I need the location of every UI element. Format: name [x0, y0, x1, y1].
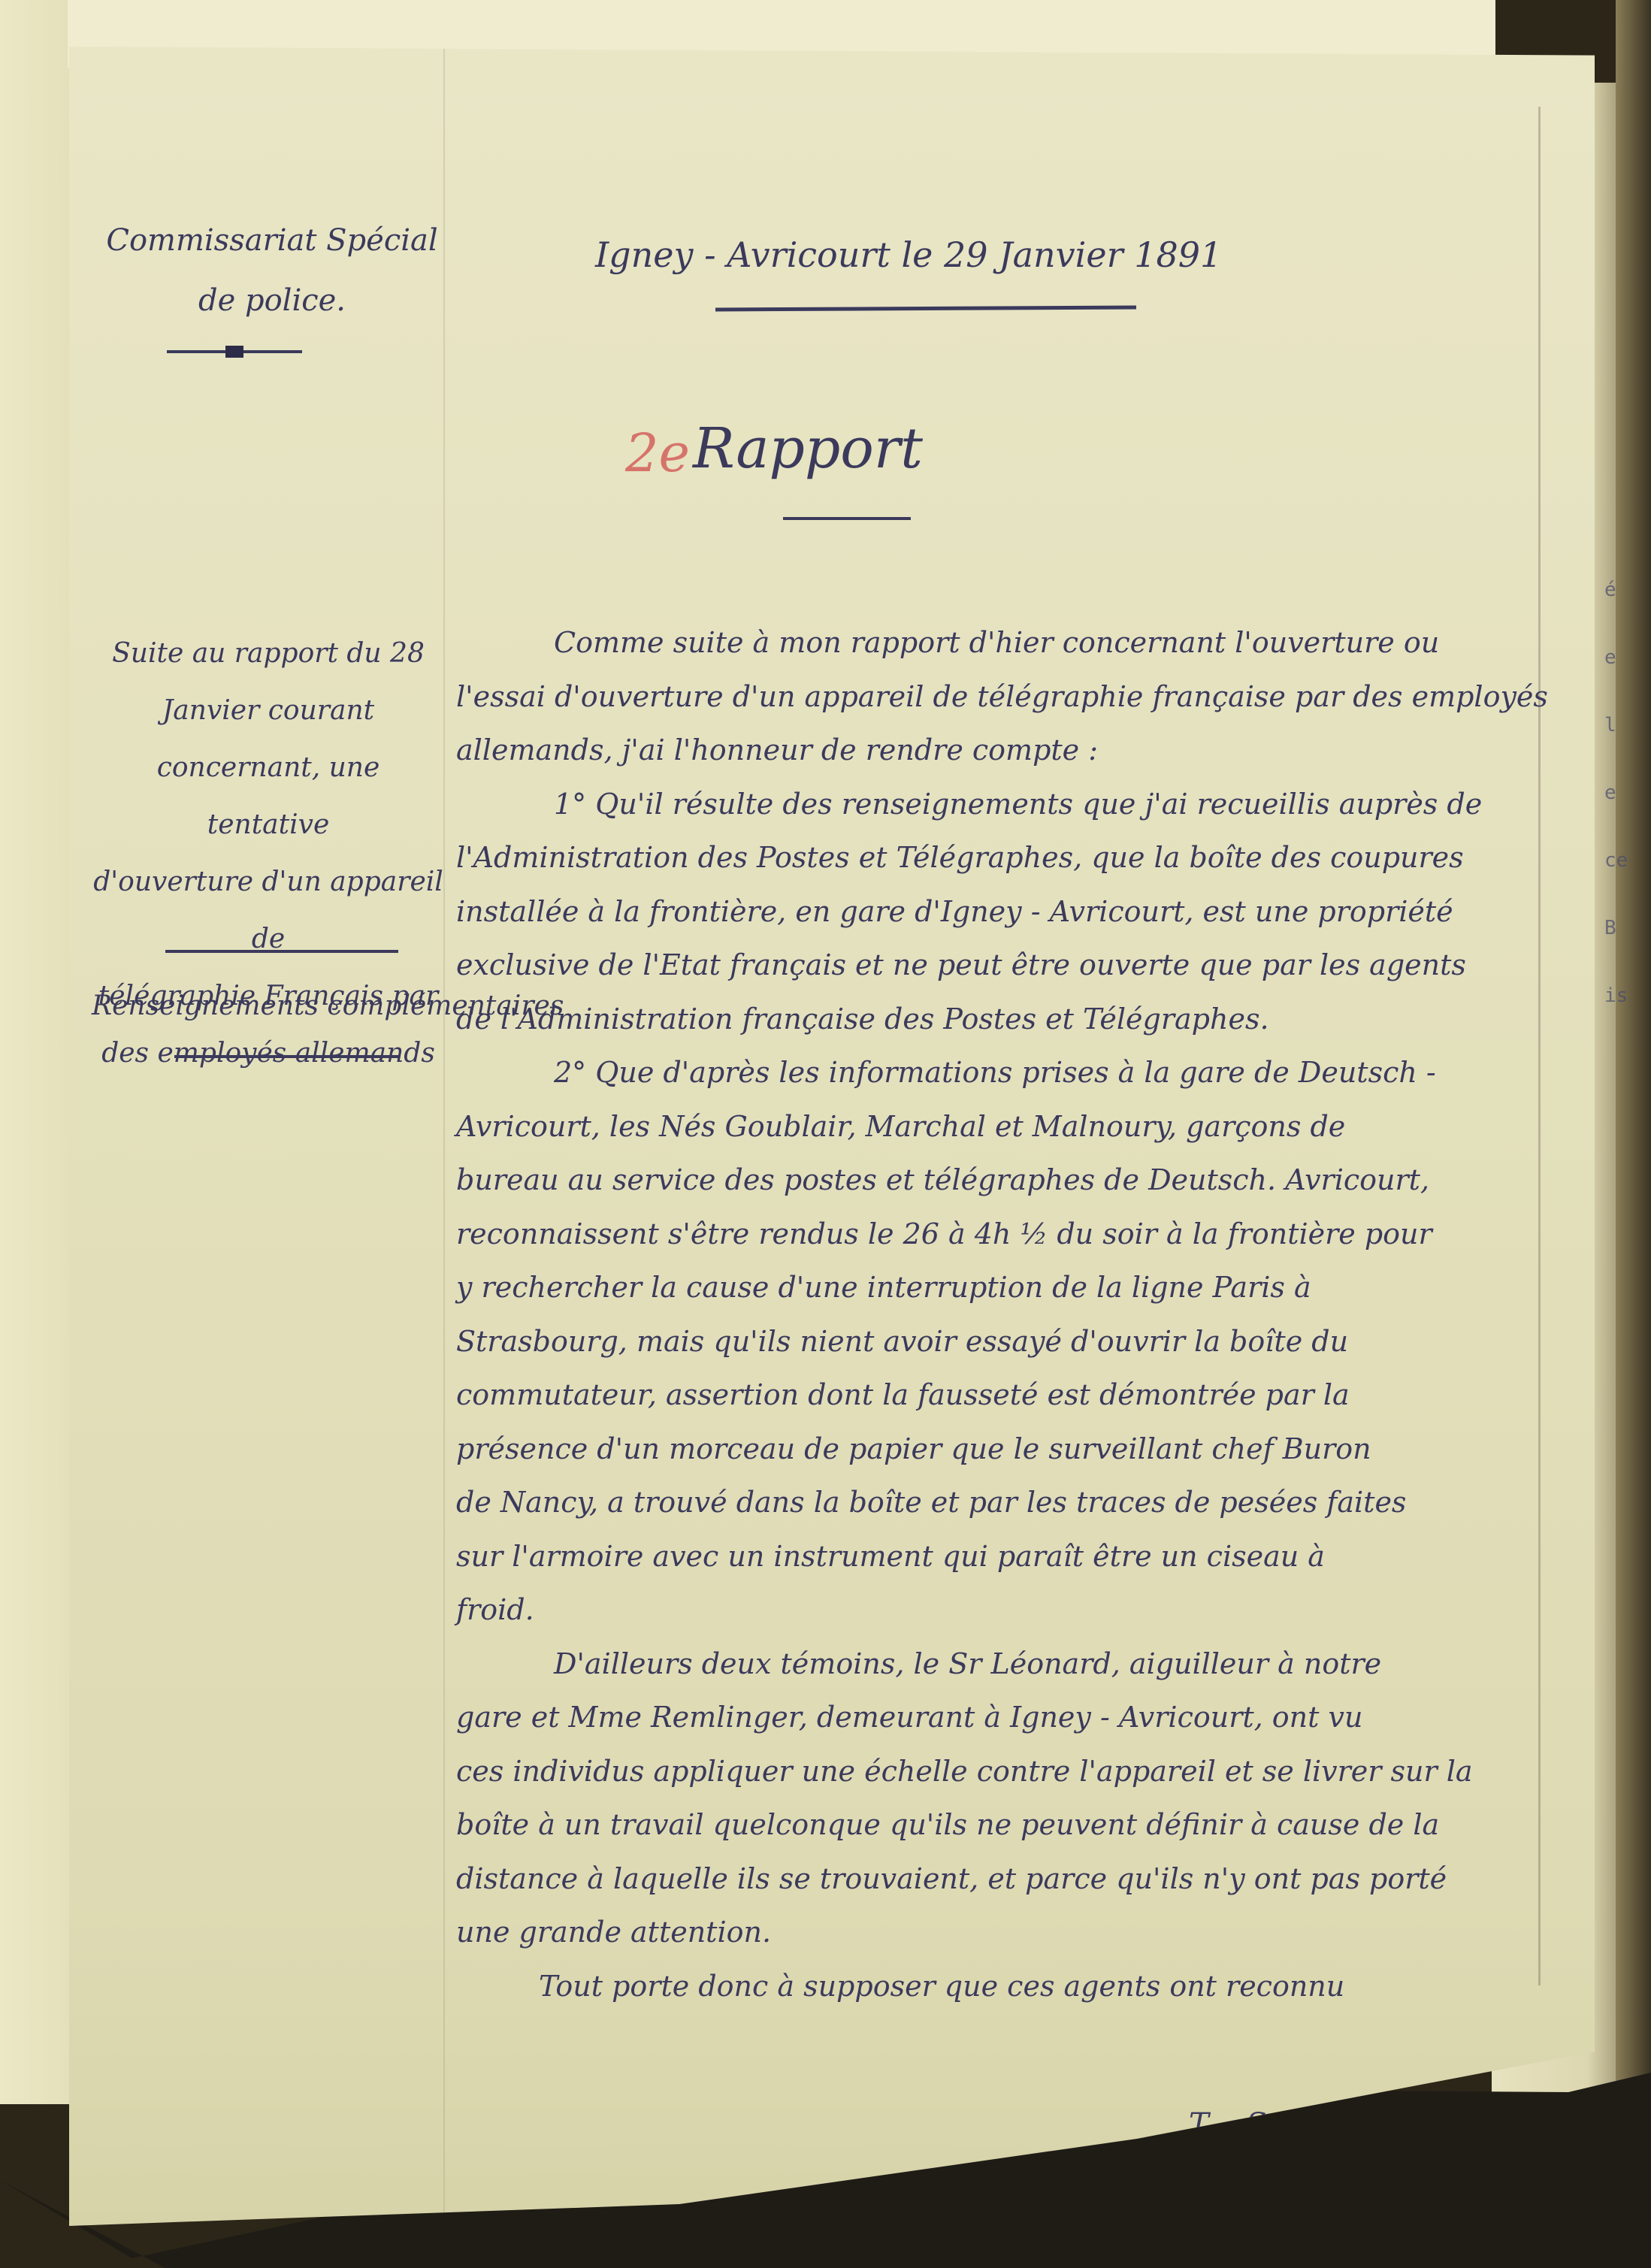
- summary-line: Janvier courant: [92, 682, 445, 739]
- body-line: ces individus appliquer une échelle cont…: [456, 1745, 1553, 1799]
- body-line: Comme suite à mon rapport d'hier concern…: [456, 616, 1553, 670]
- body-line: D'ailleurs deux témoins, le Sr Léonard, …: [456, 1637, 1553, 1692]
- title-underline: [783, 517, 911, 520]
- body-line: 2° Que d'après les informations prises à…: [456, 1046, 1553, 1100]
- body-line: de l'Administration française des Postes…: [456, 993, 1553, 1047]
- office-line-1: Commissariat Spécial: [92, 210, 452, 271]
- report-number-red: 2e: [625, 422, 690, 484]
- body-line: gare et Mme Remlinger, demeurant à Igney…: [456, 1691, 1553, 1745]
- body-line: allemands, j'ai l'honneur de rendre comp…: [456, 724, 1553, 778]
- body-line: exclusive de l'Etat français et ne peut …: [456, 939, 1553, 993]
- body-line: y rechercher la cause d'une interruption…: [456, 1261, 1553, 1315]
- margin-rule: [443, 47, 445, 2226]
- body-line: une grande attention.: [456, 1906, 1553, 1960]
- report-body: Comme suite à mon rapport d'hier concern…: [456, 616, 1553, 2013]
- underlying-page-text-fragments: é e l e ce B is: [1604, 556, 1642, 1232]
- body-line: 1° Qu'il résulte des renseignements que …: [456, 778, 1553, 832]
- body-line: Strasbourg, mais qu'ils nient avoir essa…: [456, 1315, 1553, 1369]
- summary-divider: [174, 1055, 400, 1058]
- body-line: Avricourt, les Nés Goublair, Marchal et …: [456, 1100, 1553, 1154]
- body-line: reconnaissent s'être rendus le 26 à 4h ½…: [456, 1208, 1553, 1262]
- date-underline: [715, 306, 1136, 312]
- summary-divider: [165, 950, 398, 953]
- header-divider: [167, 350, 302, 353]
- body-line: boîte à un travail quelconque qu'ils ne …: [456, 1798, 1553, 1852]
- office-line-2: de police.: [92, 271, 452, 331]
- summary-line: concernant, une tentative: [92, 739, 445, 854]
- document-sheet: Commissariat Spécial de police. Igney - …: [69, 47, 1595, 2226]
- body-line: froid.: [456, 1583, 1553, 1637]
- body-line: commutateur, assertion dont la fausseté …: [456, 1368, 1553, 1423]
- body-line: bureau au service des postes et télégrap…: [456, 1154, 1553, 1208]
- office-header: Commissariat Spécial de police.: [92, 210, 452, 331]
- summary-line: Suite au rapport du 28: [92, 625, 445, 682]
- body-line: présence d'un morceau de papier que le s…: [456, 1423, 1553, 1477]
- body-line: de Nancy, a trouvé dans la boîte et par …: [456, 1476, 1553, 1530]
- body-line: distance à laquelle ils se trouvaient, e…: [456, 1852, 1553, 1907]
- body-line: l'essai d'ouverture d'un appareil de tél…: [456, 670, 1553, 724]
- summary-line: des employés allemands: [92, 1025, 445, 1082]
- body-line: sur l'armoire avec un instrument qui par…: [456, 1530, 1553, 1584]
- body-line: installée à la frontière, en gare d'Igne…: [456, 885, 1553, 939]
- report-title: Rapport: [693, 416, 923, 481]
- body-line: l'Administration des Postes et Télégraph…: [456, 831, 1553, 885]
- place-and-date: Igney - Avricourt le 29 Janvier 1891: [595, 234, 1222, 275]
- body-line: Tout porte donc à supposer que ces agent…: [456, 1960, 1553, 2014]
